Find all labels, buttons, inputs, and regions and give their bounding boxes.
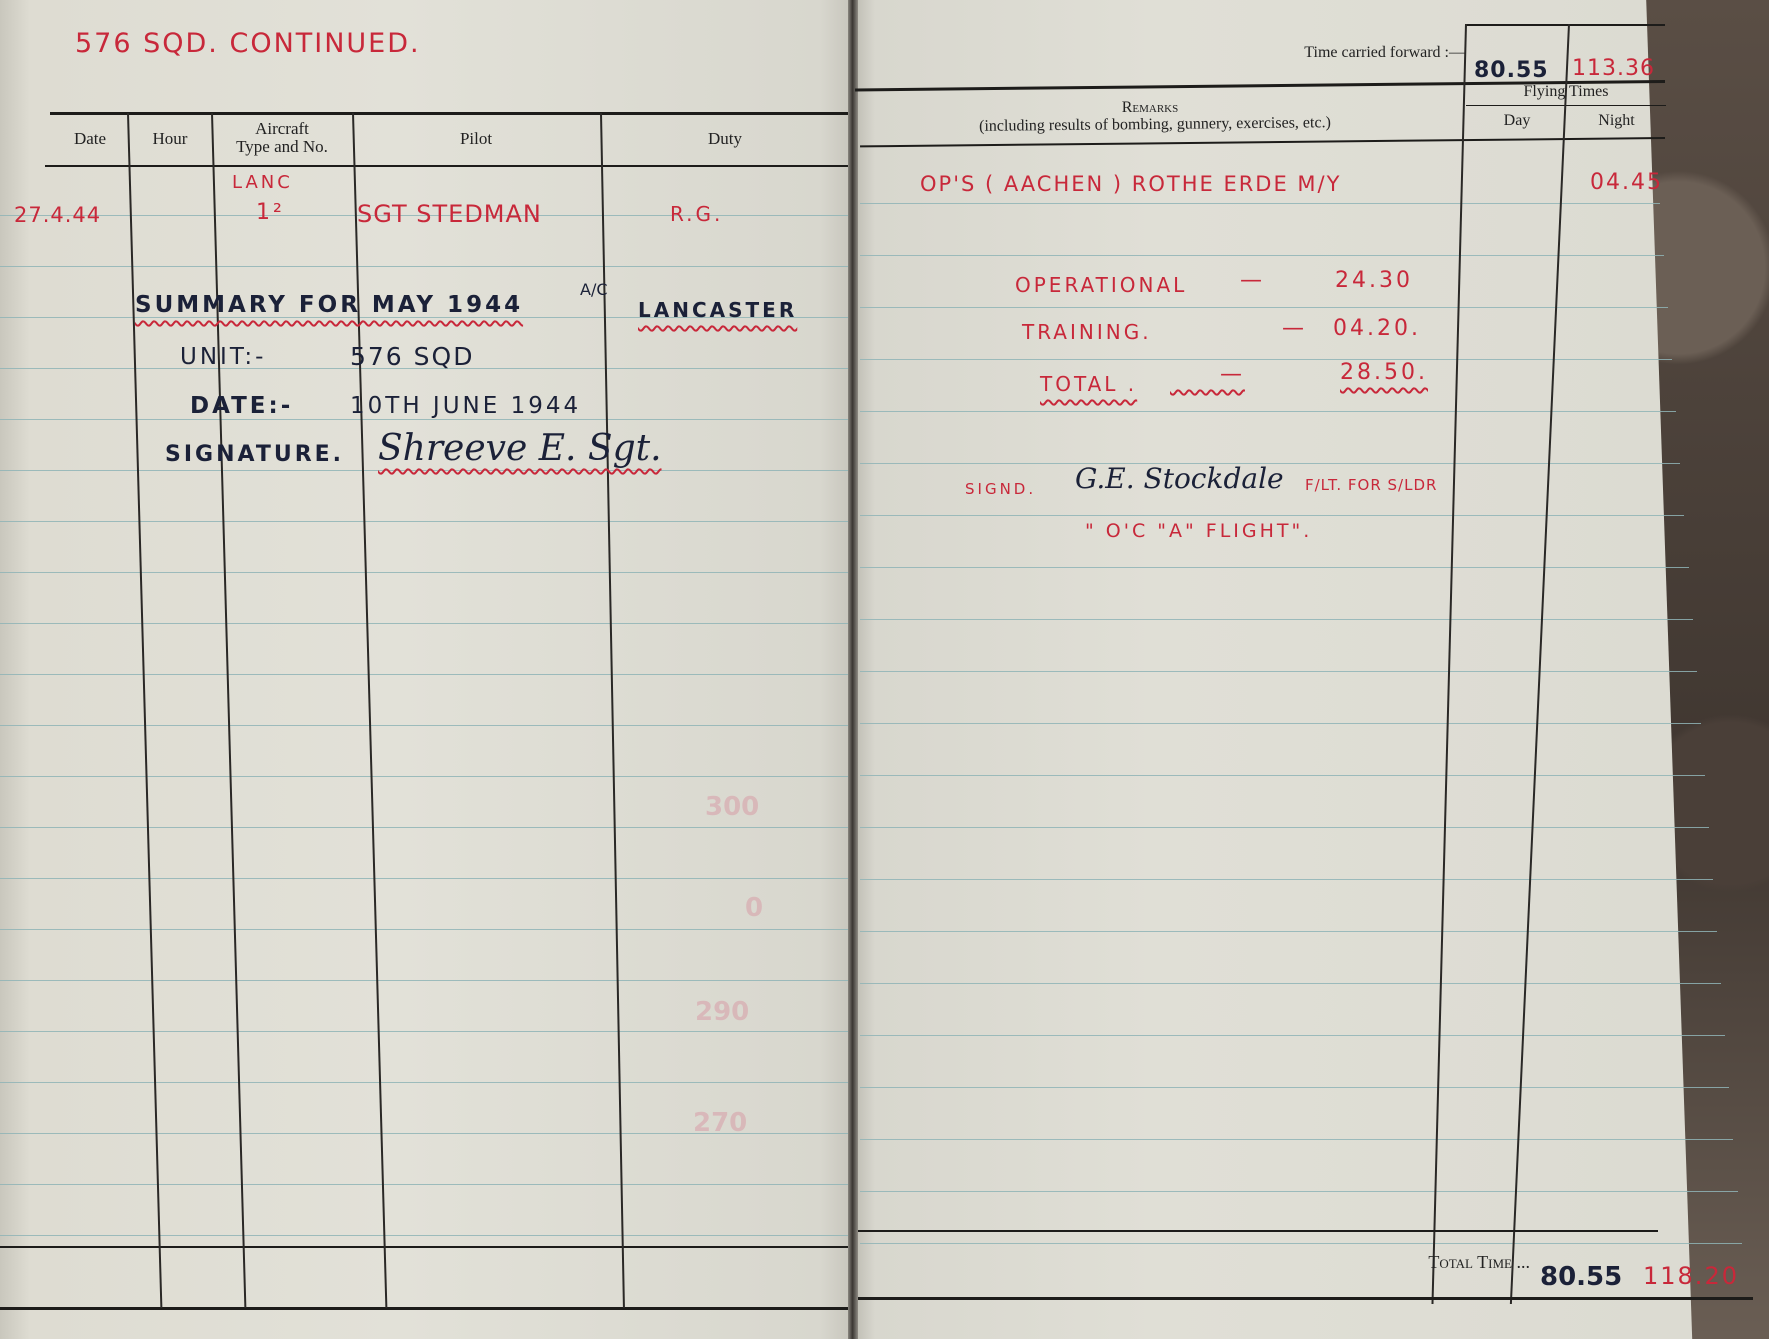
summary-date: 10TH JUNE 1944	[350, 393, 581, 419]
ruled-line	[860, 827, 1709, 828]
time-carried-forward-label: Time carried forward :—	[1240, 45, 1465, 62]
header-top-rule	[50, 112, 850, 115]
ruled-line	[0, 827, 850, 828]
ruled-line	[0, 623, 850, 624]
carried-forward-day: 80.55	[1474, 58, 1549, 83]
book-spine	[848, 0, 858, 1339]
aircraft-header-line1: Aircraft	[212, 120, 352, 138]
summary-signature-label: SIGNATURE.	[165, 442, 344, 467]
summary-aircraft-label: A/C	[580, 280, 608, 299]
ruled-line	[860, 359, 1672, 360]
ruled-line	[0, 419, 850, 420]
signed-role: " O'C "A" FLIGHT".	[1085, 520, 1312, 542]
ghost-mark: 290	[695, 997, 749, 1027]
entry-duty: R.G.	[670, 202, 723, 226]
ruled-line	[860, 1139, 1733, 1140]
ruled-line	[0, 725, 850, 726]
total-label: TOTAL .	[1040, 372, 1137, 396]
logbook-right-page	[855, 0, 1769, 1339]
flight-commander-signature: G.E. Stockdale	[1075, 462, 1284, 495]
page-heading: 576 SQD. CONTINUED.	[75, 28, 421, 59]
entry-pilot: SGT STEDMAN	[357, 200, 542, 228]
summary-date-label: DATE:-	[190, 393, 293, 419]
entry-remarks: OP'S ( AACHEN ) ROTHE ERDE M/Y	[920, 172, 1341, 196]
ruled-line	[0, 929, 850, 930]
ruled-line	[860, 515, 1684, 516]
ruled-line	[0, 266, 850, 267]
ruled-line	[0, 1082, 850, 1083]
operational-label: OPERATIONAL	[1015, 273, 1187, 297]
ruled-line	[860, 619, 1693, 620]
total-time-top-rule	[858, 1230, 1658, 1232]
column-header-aircraft: Aircraft Type and No.	[212, 120, 352, 156]
summary-signature: Shreeve E. Sgt.	[378, 428, 662, 469]
ruled-line	[0, 878, 850, 879]
signed-label: SIGND.	[965, 480, 1036, 498]
ruled-line	[0, 776, 850, 777]
ruled-line	[860, 931, 1717, 932]
ruled-line	[0, 521, 850, 522]
ruled-line	[0, 980, 850, 981]
summary-aircraft: LANCASTER	[638, 298, 797, 322]
ruled-line	[860, 671, 1697, 672]
ruled-line	[860, 1087, 1729, 1088]
ruled-line	[0, 1235, 850, 1236]
operational-value: 24.30	[1335, 268, 1413, 293]
column-header-date: Date	[55, 130, 125, 148]
day-header: Day	[1466, 113, 1568, 130]
entry-night-time: 04.45	[1590, 170, 1663, 195]
aircraft-header-line2: Type and No.	[212, 138, 352, 156]
summary-unit-label: UNIT:-	[180, 344, 266, 370]
flying-times-rule	[1466, 105, 1666, 106]
ruled-line	[860, 203, 1660, 204]
summary-title: SUMMARY FOR MAY 1944	[135, 292, 523, 318]
total-time-bottom-rule	[858, 1297, 1753, 1300]
column-header-hour: Hour	[128, 130, 212, 148]
ruled-line	[860, 1191, 1738, 1192]
ruled-line	[860, 411, 1676, 412]
ruled-line	[860, 1243, 1742, 1244]
remarks-header: Remarks	[1050, 100, 1250, 117]
carried-forward-night: 113.36	[1572, 56, 1655, 81]
footer-rule-1	[0, 1246, 850, 1248]
ruled-line	[0, 674, 850, 675]
footer-rule-2	[0, 1307, 850, 1310]
column-header-pilot: Pilot	[352, 130, 600, 148]
ghost-mark: 270	[693, 1108, 747, 1138]
ruled-line	[860, 723, 1701, 724]
ruled-line	[0, 470, 850, 471]
ruled-line	[860, 567, 1689, 568]
operational-dash: —	[1240, 268, 1265, 293]
entry-aircraft-no: 1²	[256, 200, 285, 225]
ruled-line	[860, 307, 1668, 308]
column-header-duty: Duty	[600, 130, 850, 148]
training-dash: —	[1282, 316, 1307, 341]
entry-date: 27.4.44	[14, 203, 101, 227]
ruled-line	[860, 983, 1721, 984]
ghost-mark: 0	[745, 893, 763, 923]
ruled-line	[0, 572, 850, 573]
ruled-line	[0, 1031, 850, 1032]
night-header: Night	[1568, 113, 1665, 130]
training-label: TRAINING.	[1022, 320, 1152, 344]
ghost-mark: 300	[705, 792, 759, 822]
carried-forward-top-rule	[1465, 24, 1665, 26]
signed-rank: F/LT. FOR S/LDR	[1305, 476, 1437, 494]
ruled-line	[860, 1035, 1725, 1036]
ruled-line	[860, 255, 1664, 256]
training-value: 04.20.	[1333, 316, 1421, 341]
ruled-line	[860, 879, 1713, 880]
total-time-label: Total Time ...	[1330, 1253, 1530, 1272]
summary-unit: 576 SQD	[350, 342, 474, 371]
total-time-night: 118.20	[1643, 1262, 1739, 1290]
total-time-day: 80.55	[1540, 1262, 1622, 1292]
total-value: 28.50.	[1340, 360, 1428, 385]
entry-aircraft-type: LANC	[232, 172, 293, 193]
header-bottom-rule	[45, 165, 850, 167]
total-dash: —	[1170, 362, 1285, 387]
ruled-line	[860, 775, 1705, 776]
ruled-line	[0, 1184, 850, 1185]
